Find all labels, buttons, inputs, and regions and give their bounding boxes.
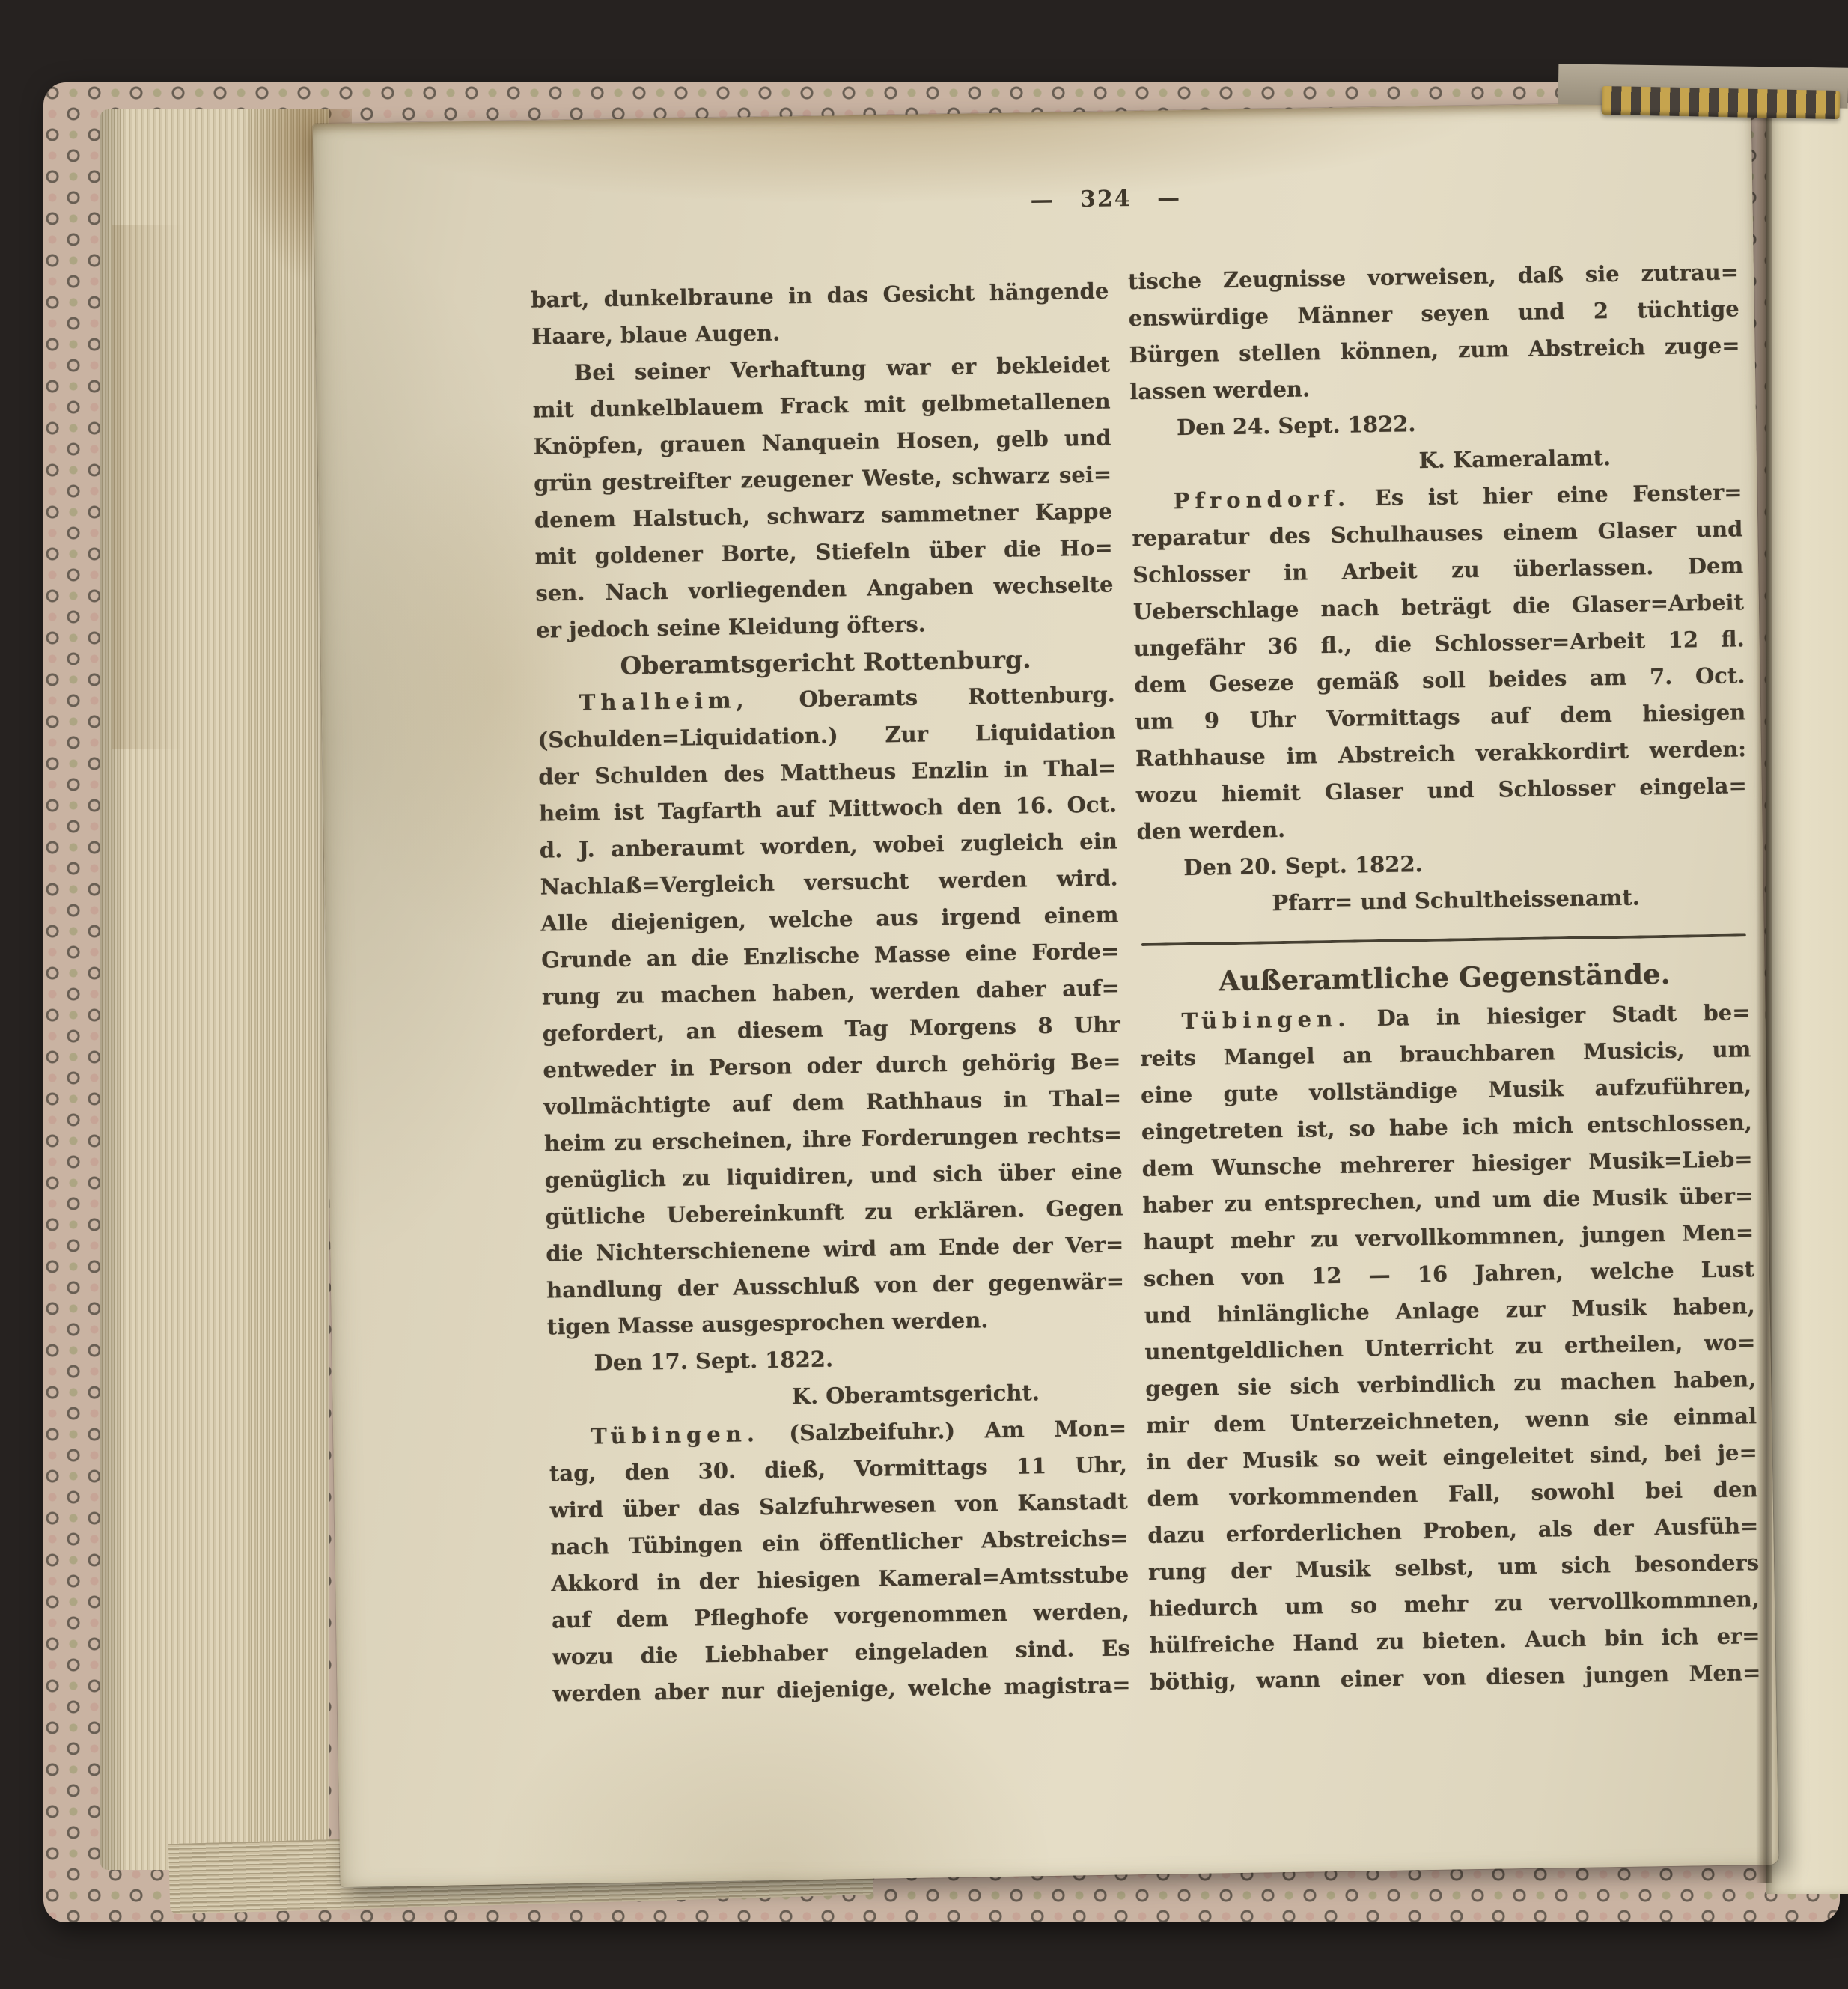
scanned-book-photo: { "page": { "number": "324", "number_dis… — [0, 0, 1848, 1989]
text-column-left: bart, dunkelbraune in das Gesicht hängen… — [531, 273, 1131, 1713]
paper-stain — [112, 225, 202, 749]
text-column-right: tische Zeugnisse vorweisen, daß sie zutr… — [1128, 254, 1761, 1701]
book-page: — 324 — bart, dunkelbraune in das Gesich… — [313, 101, 1779, 1887]
spaced-place-name: Thalheim, — [579, 687, 749, 716]
horizontal-rule — [1141, 933, 1746, 946]
spaced-place-name: Tübingen. — [591, 1421, 760, 1449]
spaced-place-name: Pfrondorf. — [1173, 486, 1350, 514]
headband — [1602, 86, 1841, 119]
adjacent-page-edge — [1766, 103, 1848, 1894]
binding-gutter-shadow — [1756, 109, 1772, 1883]
page-number: — 324 — — [529, 177, 1682, 222]
spaced-place-name: Tübingen. — [1181, 1006, 1350, 1035]
